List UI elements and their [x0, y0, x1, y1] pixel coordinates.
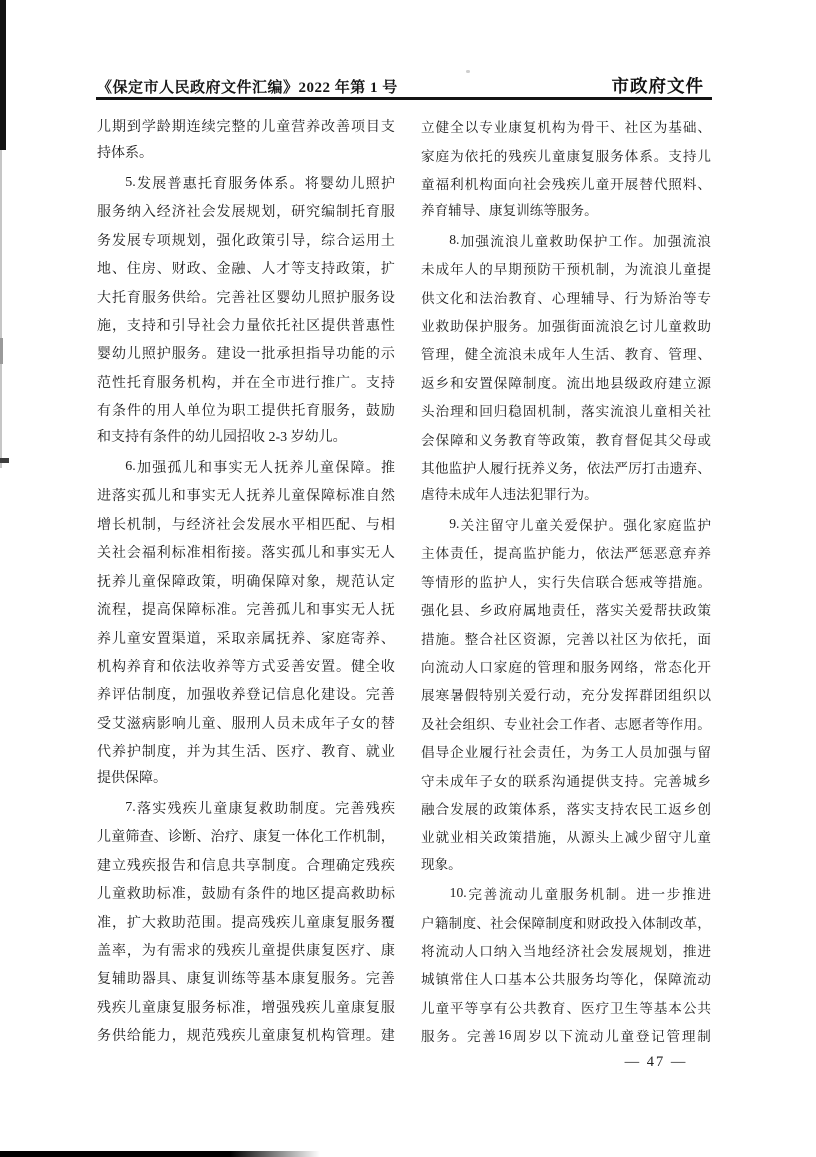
text-line: 准，扩大救助范围。提高残疾儿童康复服务覆 [97, 907, 395, 935]
text-line: 其他监护人履行抚养义务，依法严厉打击遗弃、 [421, 453, 711, 481]
text-line: 强化县、乡政府属地责任，落实关爱帮扶政策 [421, 595, 711, 623]
text-line: 户籍制度、社会保障制度和财政投入体制改革， [421, 907, 711, 935]
text-line: 等情形的监护人，实行失信联合惩戒等措施。 [421, 567, 711, 595]
text-line: 婴幼儿照护服务。建设一批承担指导功能的示 [97, 339, 395, 367]
scan-artifact-left-tick [0, 458, 9, 463]
text-line: 9.关注留守儿童关爱保护。强化家庭监护 [421, 510, 711, 538]
text-line: 5.发展普惠托育服务体系。将婴幼儿照护 [97, 169, 395, 197]
scan-artifact-left-line [0, 150, 2, 468]
text-line: 业救助保护服务。加强街面流浪乞讨儿童救助 [421, 311, 711, 339]
text-line: 虐待未成年人违法犯罪行为。 [421, 481, 711, 509]
text-line: 增长机制，与经济社会发展水平相匹配、与相 [97, 510, 395, 538]
text-line: 大托育服务供给。完善社区婴幼儿照护服务设 [97, 282, 395, 310]
header-section-label: 市政府文件 [612, 73, 705, 98]
text-line: 6.加强孤儿和事实无人抚养儿童保障。推 [97, 453, 395, 481]
text-line: 及社会组织、专业社会工作者、志愿者等作用。 [421, 709, 711, 737]
text-line: 关社会福利标准相衔接。落实孤儿和事实无人 [97, 538, 395, 566]
text-line: 机构养育和依法收养等方式妥善安置。健全收 [97, 652, 395, 680]
text-line: 返乡和安置保障制度。流出地县级政府建立源 [421, 368, 711, 396]
text-line: 服务纳入经济社会发展规划，研究编制托育服 [97, 197, 395, 225]
text-line: 8.加强流浪儿童救助保护工作。加强流浪 [421, 226, 711, 254]
text-line: 受艾滋病影响儿童、服刑人员未成年子女的替 [97, 709, 395, 737]
text-line: 复辅助器具、康复训练等基本康复服务。完善 [97, 964, 395, 992]
text-line: 和支持有条件的幼儿园招收 2-3 岁幼儿。 [97, 424, 395, 452]
text-line: 倡导企业履行社会责任，为务工人员加强与留 [421, 737, 711, 765]
text-line: 融合发展的政策体系，落实支持农民工返乡创 [421, 794, 711, 822]
text-line: 流程，提高保障标准。完善孤儿和事实无人抚 [97, 595, 395, 623]
text-line: 养评估制度，加强收养登记信息化建设。完善 [97, 680, 395, 708]
text-line: 提供保障。 [97, 765, 395, 793]
text-line: 措施。整合社区资源，完善以社区为依托，面 [421, 623, 711, 651]
text-line: 儿童筛查、诊断、治疗、康复一体化工作机制， [97, 822, 395, 850]
text-line: 务发展专项规划，强化政策引导，综合运用土 [97, 226, 395, 254]
scan-artifact-bottom-bar [0, 1151, 320, 1157]
text-line: 现象。 [421, 851, 711, 879]
text-line: 展寒暑假特别关爱行动，充分发挥群团组织以 [421, 680, 711, 708]
text-line: 代养护制度，并为其生活、医疗、教育、就业 [97, 737, 395, 765]
text-line: 进落实孤儿和事实无人抚养儿童保障标准自然 [97, 481, 395, 509]
text-line: 童福利机构面向社会残疾儿童开展替代照料、 [421, 169, 711, 197]
text-line: 范性托育服务机构，并在全市进行推广。支持 [97, 368, 395, 396]
text-line: 头治理和回归稳固机制，落实流浪儿童相关社 [421, 396, 711, 424]
text-line: 家庭为依托的残疾儿童康复服务体系。支持儿 [421, 140, 711, 168]
text-line: 残疾儿童康复服务标准，增强残疾儿童康复服 [97, 993, 395, 1021]
text-line: 守未成年子女的联系沟通提供支持。完善城乡 [421, 765, 711, 793]
text-line: 向流动人口家庭的管理和服务网络，常态化开 [421, 652, 711, 680]
text-line: 持体系。 [97, 140, 395, 168]
document-page: 《保定市人民政府文件汇编》2022 年第 1 号 市政府文件 儿期到学龄期连续完… [0, 0, 816, 1157]
header-publication-title: 《保定市人民政府文件汇编》2022 年第 1 号 [97, 76, 398, 97]
right-text-column: 立健全以专业康复机构为骨干、社区为基础、家庭为依托的残疾儿童康复服务体系。支持儿… [421, 112, 711, 1049]
scan-artifact-left-smudge [0, 338, 3, 364]
text-line: 养儿童安置渠道，采取亲属抚养、家庭寄养、 [97, 623, 395, 651]
page-number: — 47 — [600, 1048, 712, 1076]
text-line: 业就业相关政策措施，从源头上减少留守儿童 [421, 822, 711, 850]
scan-artifact-speck [466, 70, 470, 73]
text-line: 会保障和义务教育等政策，教育督促其父母或 [421, 424, 711, 452]
text-line: 抚养儿童保障政策，明确保障对象，规范认定 [97, 567, 395, 595]
text-line: 城镇常住人口基本公共服务均等化，保障流动 [421, 964, 711, 992]
text-line: 盖率，为有需求的残疾儿童提供康复医疗、康 [97, 936, 395, 964]
header-rule [96, 97, 712, 100]
text-line: 7.落实残疾儿童康复救助制度。完善残疾 [97, 794, 395, 822]
text-line: 儿童救助标准，鼓励有条件的地区提高救助标 [97, 879, 395, 907]
text-line: 有条件的用人单位为职工提供托育服务，鼓励 [97, 396, 395, 424]
text-line: 养育辅导、康复训练等服务。 [421, 197, 711, 225]
text-line: 供文化和法治教育、心理辅导、行为矫治等专 [421, 282, 711, 310]
text-line: 立健全以专业康复机构为骨干、社区为基础、 [421, 112, 711, 140]
left-text-column: 儿期到学龄期连续完整的儿童营养改善项目支持体系。5.发展普惠托育服务体系。将婴幼… [97, 112, 395, 1049]
scan-artifact-left-bar [0, 0, 6, 150]
text-line: 儿期到学龄期连续完整的儿童营养改善项目支 [97, 112, 395, 140]
text-line: 未成年人的早期预防干预机制，为流浪儿童提 [421, 254, 711, 282]
text-line: 10.完善流动儿童服务机制。进一步推进 [421, 879, 711, 907]
text-line: 主体责任，提高监护能力，依法严惩恶意弃养 [421, 538, 711, 566]
text-line: 施，支持和引导社会力量依托社区提供普惠性 [97, 311, 395, 339]
text-line: 儿童平等享有公共教育、医疗卫生等基本公共 [421, 993, 711, 1021]
text-line: 建立残疾报告和信息共享制度。合理确定残疾 [97, 851, 395, 879]
text-line: 服务。完善16周岁以下流动儿童登记管理制 [421, 1021, 711, 1049]
text-line: 将流动人口纳入当地经济社会发展规划，推进 [421, 936, 711, 964]
text-line: 管理，健全流浪未成年人生活、教育、管理、 [421, 339, 711, 367]
text-line: 地、住房、财政、金融、人才等支持政策，扩 [97, 254, 395, 282]
text-line: 务供给能力，规范残疾儿童康复机构管理。建 [97, 1021, 395, 1049]
